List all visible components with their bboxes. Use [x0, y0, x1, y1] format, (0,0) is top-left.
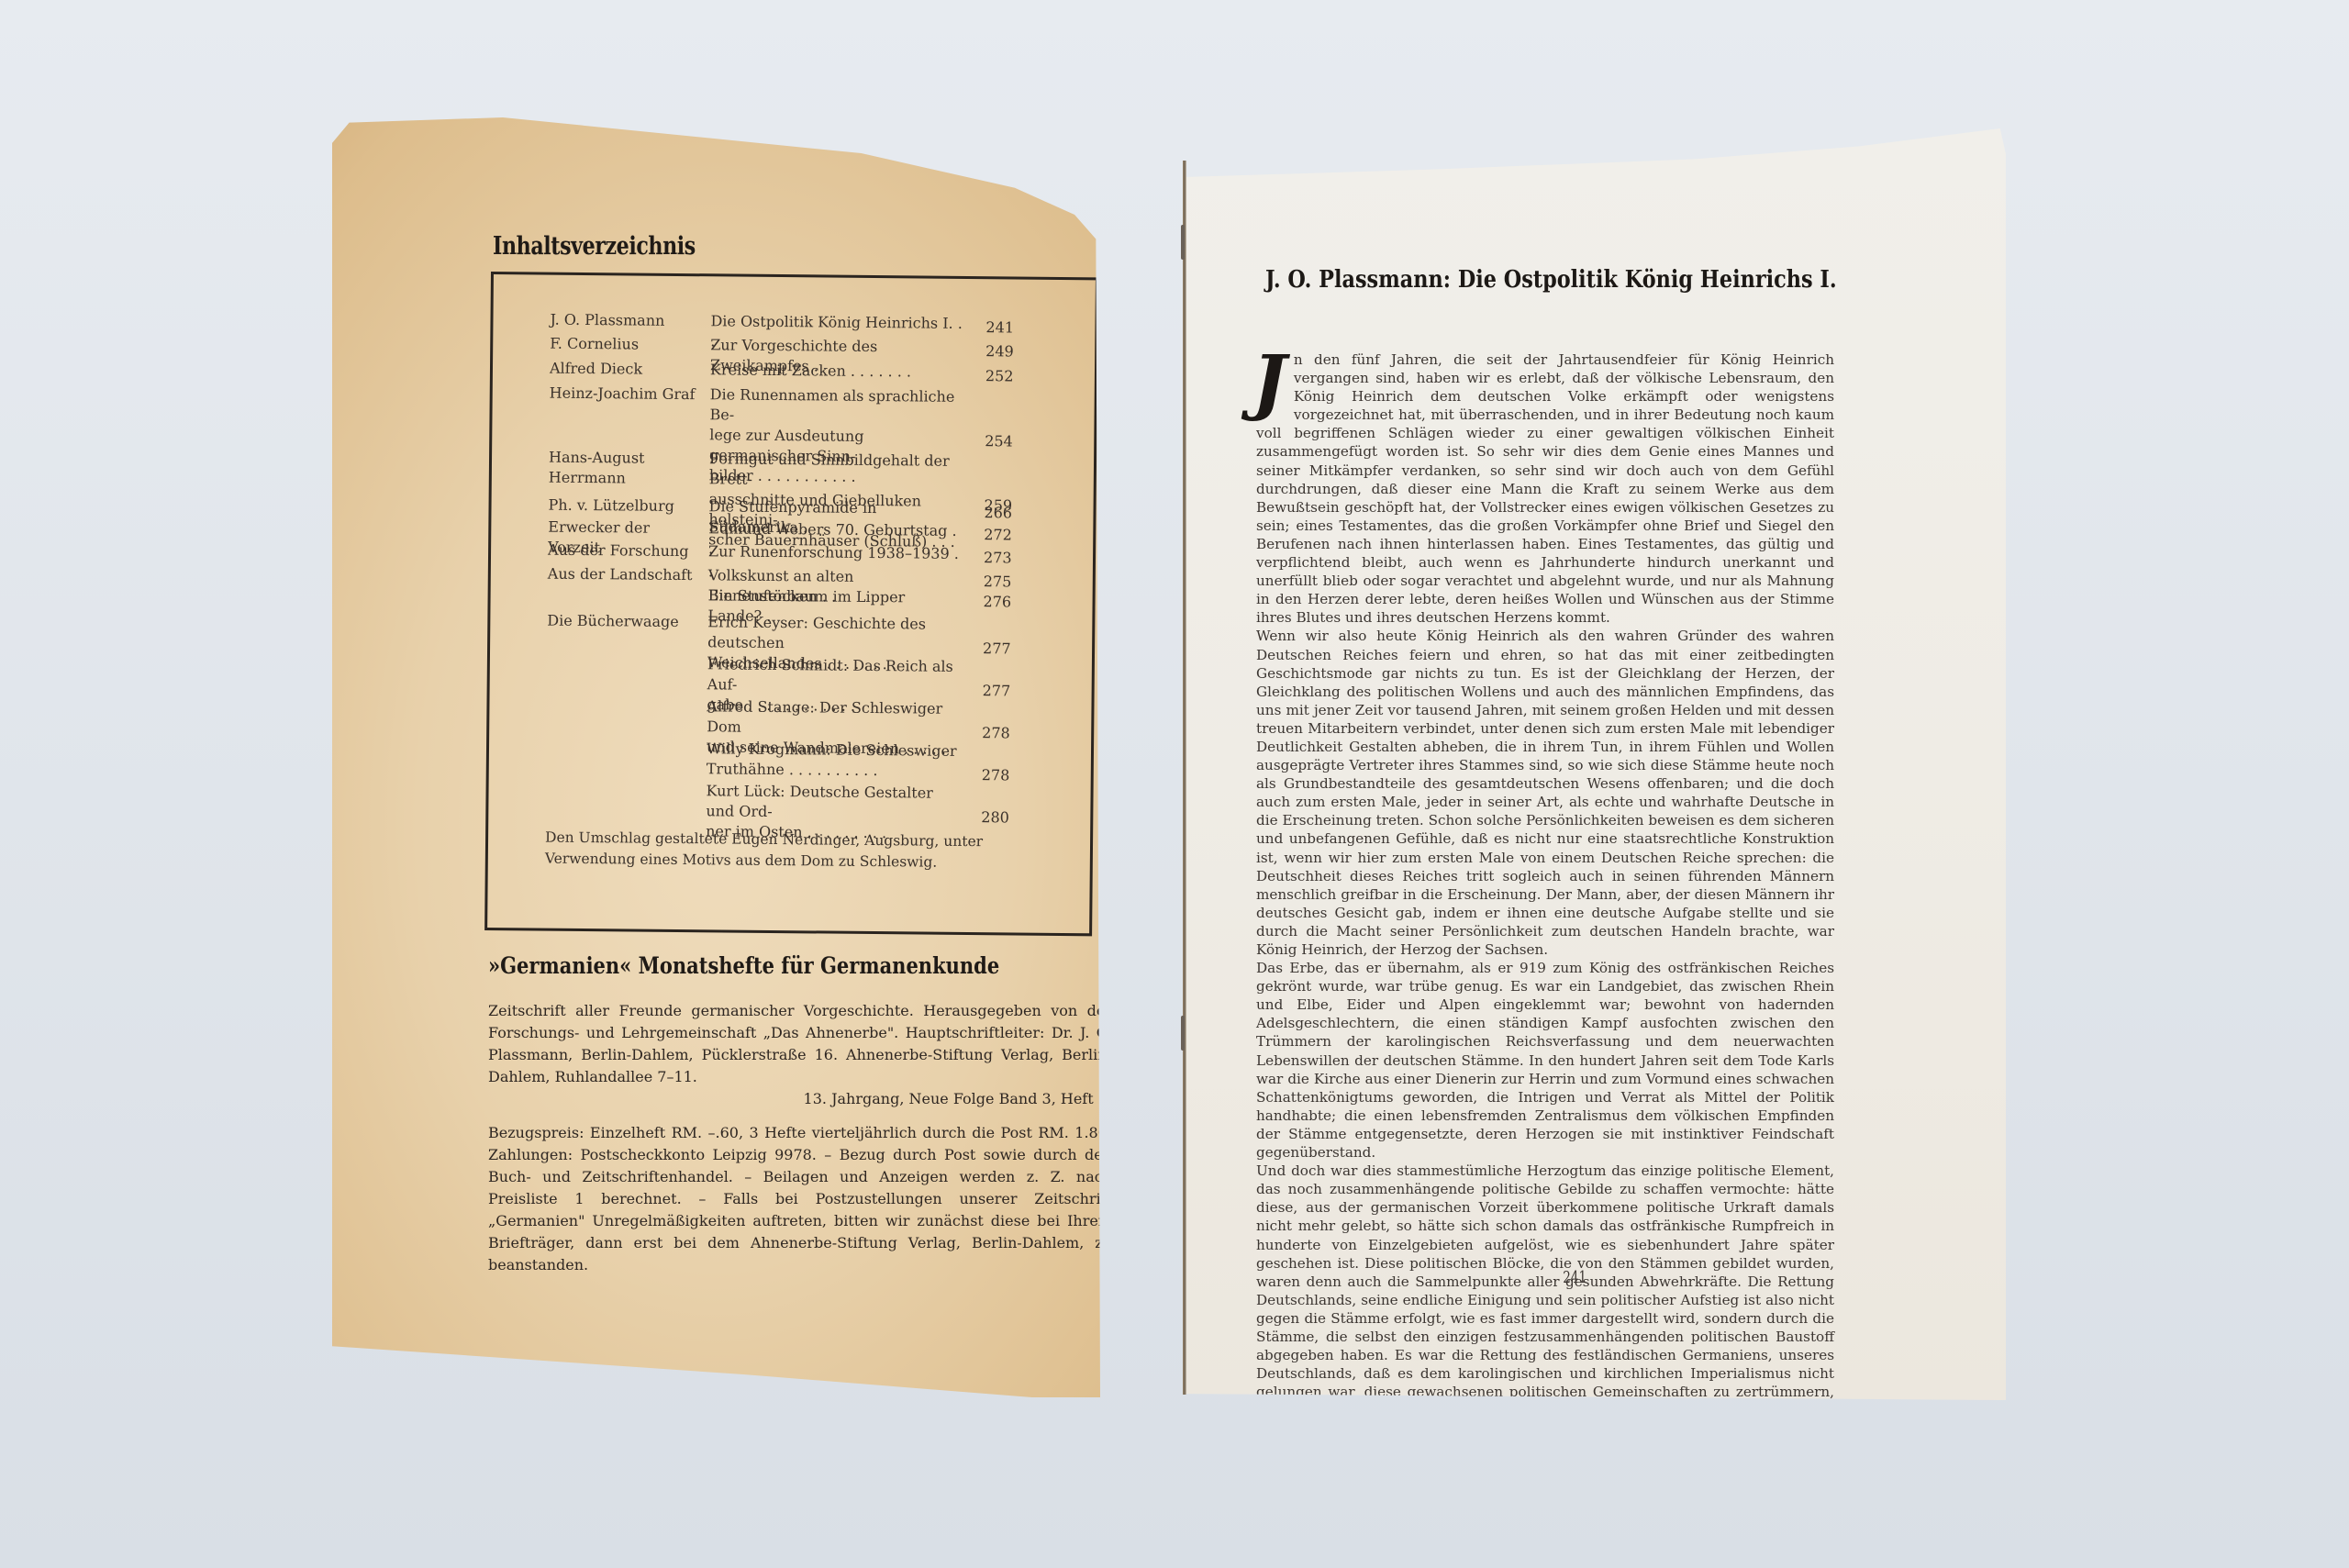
toc-author: [547, 695, 703, 697]
toc-heading: Inhaltsverzeichnis: [493, 232, 696, 261]
toc-page-number: 277: [983, 639, 1011, 659]
toc-title: Willy Krogmann: Die SchleswigerTruthähne…: [707, 739, 959, 782]
toc-author: F. Cornelius: [550, 334, 706, 356]
toc-entry: J. O. PlassmannDie Ostpolitik König Hein…: [551, 310, 1087, 316]
staple-bottom: [1181, 1016, 1185, 1051]
publisher-info: Zeitschrift aller Freunde germanischer V…: [488, 1000, 1112, 1088]
subscription-info: Bezugspreis: Einzelheft RM. –.60, 3 Heft…: [488, 1122, 1112, 1276]
cover-credit: Den Umschlag gestaltete Eugen Nerdinger,…: [545, 828, 1041, 874]
toc-list: J. O. PlassmannDie Ostpolitik König Hein…: [494, 274, 1096, 280]
toc-page-number: 278: [982, 723, 1010, 743]
article-paragraph: Das Erbe, das er übernahm, als er 919 zu…: [1256, 959, 1834, 1162]
toc-title-line: Truthähne . . . . . . . . . .: [707, 759, 959, 782]
toc-title-line: Formgut und Sinnbildgehalt der Brett-: [709, 449, 962, 492]
toc-title-line: Friedrich Schmidt: Das Reich als Auf-: [707, 654, 960, 697]
toc-page-number: 273: [984, 548, 1012, 568]
booklet-spine: [1183, 161, 1186, 1395]
toc-frame: J. O. PlassmannDie Ostpolitik König Hein…: [484, 272, 1098, 936]
toc-author: Ph. v. Lützelburg: [548, 495, 704, 517]
toc-title-line: Erich Keyser: Geschichte des deutschen: [707, 612, 960, 655]
article-body: J n den fünf Jahren, die seit der Jahrta…: [1256, 350, 1834, 1419]
toc-page-number: 249: [985, 341, 1014, 361]
toc-title-line: Kurt Lück: Deutsche Gestalter und Ord-: [706, 781, 958, 824]
article-paragraph: Wenn wir also heute König Heinrich als d…: [1256, 627, 1834, 959]
photo-scene: Inhaltsverzeichnis J. O. PlassmannDie Os…: [0, 0, 2349, 1568]
toc-page-number: 276: [983, 592, 1011, 612]
toc-page-number: 275: [984, 572, 1012, 592]
toc-page-number: 241: [985, 317, 1014, 338]
toc-page-number: 252: [985, 366, 1014, 386]
article-heading: J. O. Plassmann: Die Ostpolitik König He…: [1265, 266, 1837, 294]
dropcap-initial: J: [1252, 354, 1286, 411]
issue-info: 13. Jahrgang, Neue Folge Band 3, Heft 7.: [488, 1088, 1112, 1110]
toc-author: Aus der Forschung: [548, 540, 704, 562]
toc-author: Heinz-Joachim Graf: [550, 384, 706, 406]
toc-author: Hans-August Herrmann: [549, 448, 705, 490]
toc-page-number: 254: [985, 431, 1013, 451]
toc-title-line: Alfred Stange: Der Schleswiger Dom: [707, 696, 959, 740]
toc-author: [546, 780, 702, 782]
page-number: 241: [1563, 1268, 1586, 1287]
article-paragraph: n den fünf Jahren, die seit der Jahrtaus…: [1256, 350, 1834, 627]
ink-spot: [1094, 161, 1099, 169]
staple-top: [1181, 225, 1185, 260]
toc-title: Kreise mit Zacken . . . . . . .: [710, 360, 963, 383]
right-page-article: J. O. Plassmann: Die Ostpolitik König He…: [1186, 128, 2006, 1407]
toc-author: Alfred Dieck: [550, 359, 706, 381]
toc-author: [547, 653, 703, 655]
toc-page-number: 272: [984, 525, 1012, 545]
toc-title-line: Kreise mit Zacken . . . . . . .: [710, 360, 963, 383]
magazine-title: »Germanien« Monatshefte für Germanenkund…: [488, 952, 999, 979]
toc-page-number: 278: [982, 765, 1010, 785]
toc-page-number: 280: [981, 807, 1009, 828]
toc-page-number: 277: [983, 681, 1011, 701]
toc-author: [546, 738, 702, 740]
toc-author: J. O. Plassmann: [550, 310, 706, 332]
toc-author: Aus der Landschaft: [548, 564, 704, 586]
toc-title-line: Die Runennamen als sprachliche Be-: [709, 384, 962, 428]
toc-page-number: 266: [984, 503, 1012, 523]
toc-author: Die Bücherwaage: [547, 611, 703, 633]
toc-title-line: Willy Krogmann: Die Schleswiger: [707, 739, 959, 762]
article-paragraph: Und doch war dies stammestümliche Herzog…: [1256, 1162, 1834, 1419]
left-page-inner-cover: Inhaltsverzeichnis J. O. PlassmannDie Os…: [332, 117, 1186, 1397]
